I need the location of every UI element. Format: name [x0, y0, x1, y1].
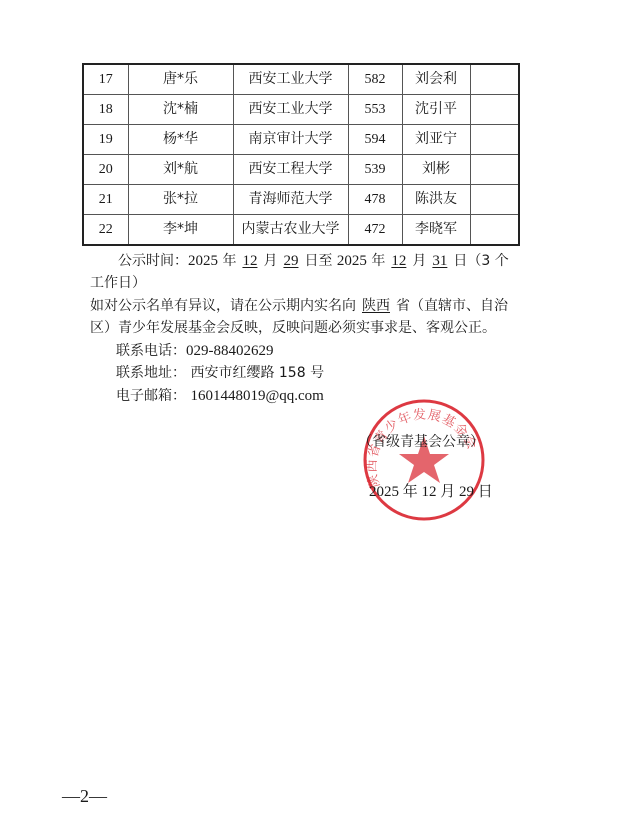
student-name-cell: 李*坤	[128, 215, 233, 246]
contact-address: 联系地址： 西安市红缨路 158 号	[116, 362, 324, 382]
note-cell	[470, 64, 519, 95]
contact-name-cell: 刘亚宁	[402, 125, 470, 155]
row-number-cell: 22	[83, 215, 128, 246]
note-cell	[470, 95, 519, 125]
student-name-cell: 刘*航	[128, 155, 233, 185]
day-char: 日	[304, 253, 318, 269]
row-number-cell: 20	[83, 155, 128, 185]
table-row: 19杨*华南京审计大学594刘亚宁	[83, 125, 519, 155]
student-name-cell: 唐*乐	[128, 64, 233, 95]
month-char: 月	[412, 253, 426, 269]
contact-name-cell: 李晓军	[402, 215, 470, 246]
duration-suffix: 工作日）	[90, 275, 146, 291]
end-month: 12	[385, 253, 412, 269]
start-year: 2025	[188, 253, 218, 269]
period-label: 公示时间：	[118, 253, 188, 269]
table-row: 22李*坤内蒙古农业大学472李晓军	[83, 215, 519, 246]
school-name-cell: 西安工程大学	[233, 155, 348, 185]
year-char: 年	[222, 253, 236, 269]
row-number-cell: 18	[83, 95, 128, 125]
note-cell	[470, 215, 519, 246]
contact-email: 电子邮箱： 1601448019@qq.com	[116, 385, 324, 405]
year-char: 年	[371, 253, 385, 269]
official-seal-icon: 陕西省青少年发展基金会	[362, 398, 486, 522]
student-name-cell: 张*拉	[128, 185, 233, 215]
seal-caption: （省级青基会公章）	[358, 431, 484, 451]
school-name-cell: 南京审计大学	[233, 125, 348, 155]
school-name-cell: 西安工业大学	[233, 95, 348, 125]
objection-text-a: 如对公示名单有异议，请在公示期内实名向	[90, 298, 356, 314]
table-row: 20刘*航西安工程大学539刘彬	[83, 155, 519, 185]
note-cell	[470, 155, 519, 185]
student-name-cell: 沈*楠	[128, 95, 233, 125]
contact-name-cell: 陈洪友	[402, 185, 470, 215]
contact-name-cell: 刘会利	[402, 64, 470, 95]
end-day: 31	[426, 253, 453, 269]
student-name-cell: 杨*华	[128, 125, 233, 155]
score-cell: 478	[348, 185, 402, 215]
row-number-cell: 21	[83, 185, 128, 215]
signature-date: 2025 年 12 月 29 日	[369, 480, 493, 501]
address-value: 西安市红缨路 158 号	[190, 365, 324, 381]
phone-value: 029-88402629	[186, 343, 274, 359]
phone-label: 联系电话：	[116, 343, 186, 359]
email-label: 电子邮箱：	[116, 388, 186, 404]
table-row: 18沈*楠西安工业大学553沈引平	[83, 95, 519, 125]
school-name-cell: 青海师范大学	[233, 185, 348, 215]
row-number-cell: 19	[83, 125, 128, 155]
month-char: 月	[263, 253, 277, 269]
page-number: —2—	[62, 786, 107, 807]
document-page: 17唐*乐西安工业大学582刘会利18沈*楠西安工业大学553沈引平19杨*华南…	[0, 0, 620, 831]
score-cell: 582	[348, 64, 402, 95]
note-cell	[470, 185, 519, 215]
score-cell: 553	[348, 95, 402, 125]
start-day: 29	[277, 253, 304, 269]
roster-table-body: 17唐*乐西安工业大学582刘会利18沈*楠西安工业大学553沈引平19杨*华南…	[83, 64, 519, 245]
school-name-cell: 西安工业大学	[233, 64, 348, 95]
objection-line-1: 如对公示名单有异议，请在公示期内实名向陕西省（直辖市、自治	[90, 295, 508, 315]
row-number-cell: 17	[83, 64, 128, 95]
objection-line-2: 区）青少年发展基金会反映，反映问题必须实事求是、客观公正。	[90, 317, 496, 337]
end-year: 2025	[337, 253, 367, 269]
address-label: 联系地址：	[116, 365, 186, 381]
table-row: 21张*拉青海师范大学478陈洪友	[83, 185, 519, 215]
score-cell: 472	[348, 215, 402, 246]
start-month: 12	[236, 253, 263, 269]
objection-text-b: 省（直辖市、自治	[396, 298, 508, 314]
table-row: 17唐*乐西安工业大学582刘会利	[83, 64, 519, 95]
duration-suffix-line: 工作日）	[90, 272, 146, 292]
duration-prefix: （3 个	[467, 253, 508, 269]
contact-name-cell: 刘彬	[402, 155, 470, 185]
contact-phone: 联系电话：029-88402629	[116, 340, 274, 360]
province-field: 陕西	[356, 298, 396, 314]
roster-table: 17唐*乐西安工业大学582刘会利18沈*楠西安工业大学553沈引平19杨*华南…	[82, 63, 520, 246]
score-cell: 539	[348, 155, 402, 185]
score-cell: 594	[348, 125, 402, 155]
publicity-period-line: 公示时间：2025 年12月29日至 2025 年12月31日（3 个	[118, 250, 509, 270]
email-value: 1601448019@qq.com	[190, 388, 323, 404]
contact-name-cell: 沈引平	[402, 95, 470, 125]
note-cell	[470, 125, 519, 155]
to-char: 至	[318, 253, 332, 269]
school-name-cell: 内蒙古农业大学	[233, 215, 348, 246]
day-char: 日	[453, 253, 467, 269]
objection-text-c: 区）青少年发展基金会反映，反映问题必须实事求是、客观公正。	[90, 320, 496, 336]
